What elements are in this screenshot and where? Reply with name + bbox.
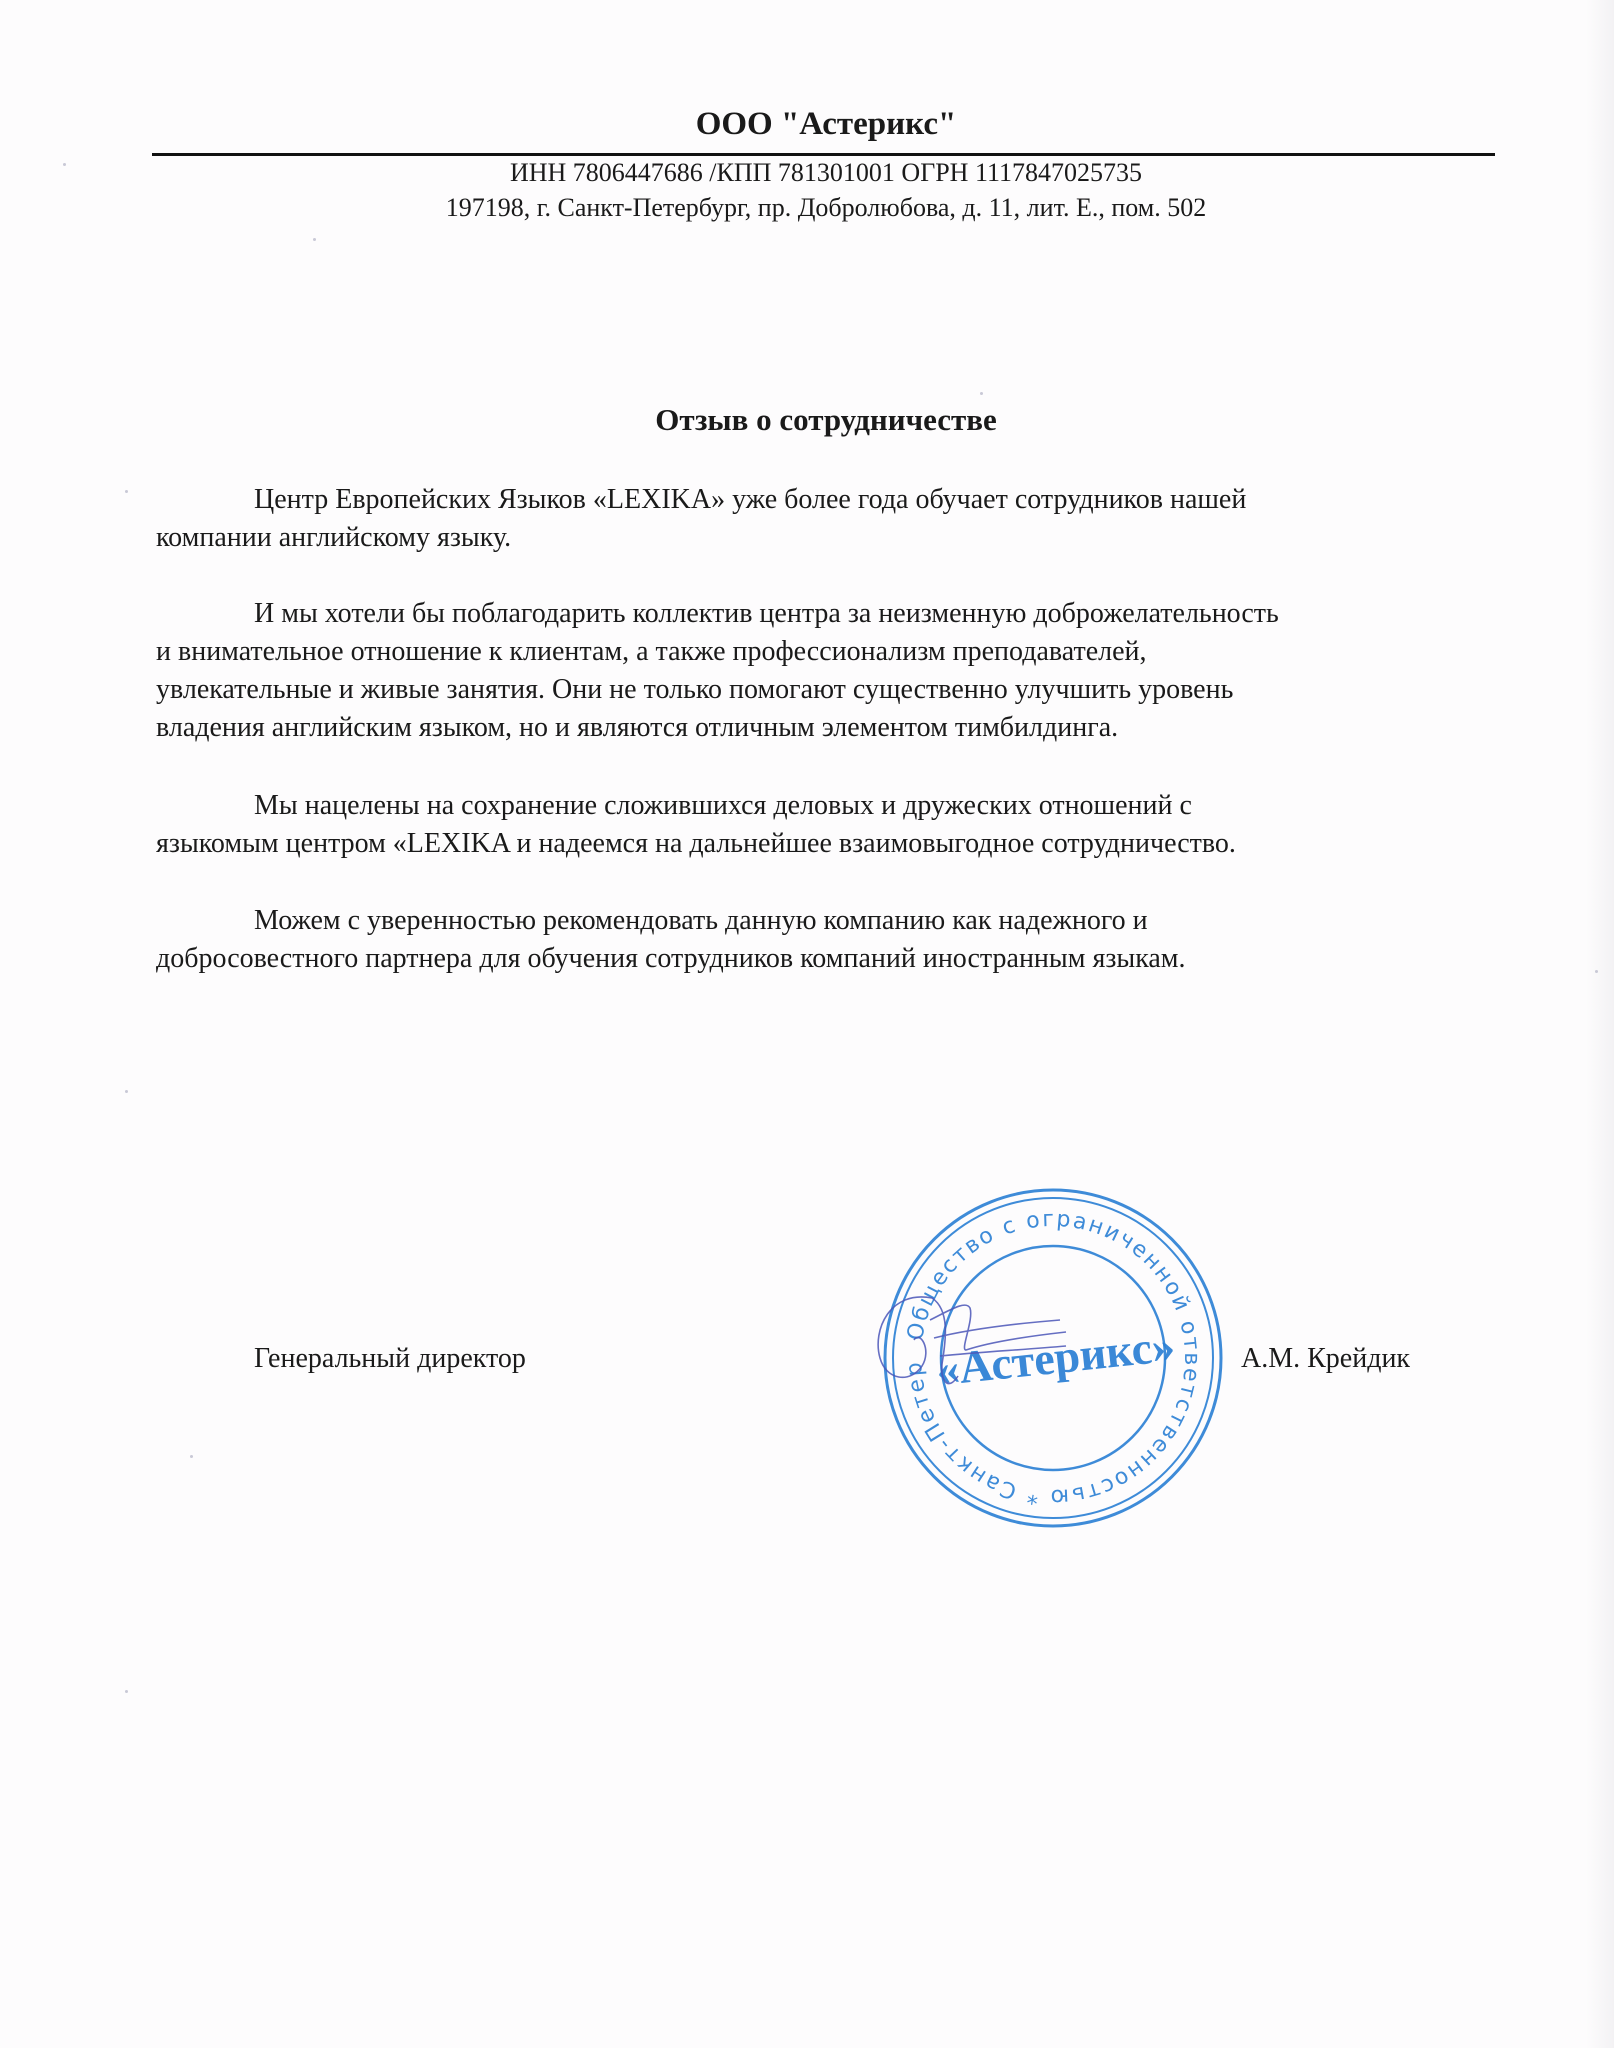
scan-speck: [313, 238, 316, 241]
paragraph-line: Центр Европейских Языков «LEXIKA» уже бо…: [156, 481, 1496, 519]
paragraph-line: увлекательные и живые занятия. Они не то…: [156, 671, 1496, 709]
paragraph-line: языкомым центром «LEXIKA и надеемся на д…: [156, 825, 1496, 863]
paragraph-line: Можем с уверенностью рекомендовать данну…: [156, 902, 1496, 940]
page-edge-shadow: [1586, 0, 1614, 2048]
paragraph-line: добросовестного партнера для обучения со…: [156, 940, 1496, 978]
paragraph-line: И мы хотели бы поблагодарить коллектив ц…: [156, 595, 1496, 633]
company-address: 197198, г. Санкт-Петербург, пр. Добролюб…: [0, 191, 1614, 225]
scan-speck: [190, 1455, 193, 1458]
paragraph-2: И мы хотели бы поблагодарить коллектив ц…: [156, 595, 1496, 747]
paragraph-line: Мы нацелены на сохранение сложившихся де…: [156, 787, 1496, 825]
scan-speck: [125, 1690, 128, 1693]
paragraph-3: Мы нацелены на сохранение сложившихся де…: [156, 787, 1496, 863]
company-name: ООО "Астерикс": [0, 106, 1614, 143]
scan-speck: [63, 163, 66, 166]
paragraph-line: и внимательное отношение к клиентам, а т…: [156, 633, 1496, 671]
handwritten-signature: [870, 1280, 1070, 1400]
signatory-name: А.М. Крейдик: [1241, 1343, 1410, 1375]
scan-speck: [125, 490, 128, 493]
paragraph-1: Центр Европейских Языков «LEXIKA» уже бо…: [156, 481, 1496, 557]
scan-speck: [980, 392, 983, 395]
scan-speck: [1595, 970, 1598, 973]
paragraph-line: компании английскому языку.: [156, 519, 1496, 557]
paragraph-4: Можем с уверенностью рекомендовать данну…: [156, 902, 1496, 978]
signatory-role: Генеральный директор: [254, 1343, 526, 1375]
registration-numbers: ИНН 7806447686 /КПП 781301001 ОГРН 11178…: [0, 156, 1614, 190]
document-title: Отзыв о сотрудничестве: [0, 402, 1614, 438]
paragraph-line: владения английским языком, но и являютс…: [156, 709, 1496, 747]
scan-speck: [125, 1090, 128, 1093]
